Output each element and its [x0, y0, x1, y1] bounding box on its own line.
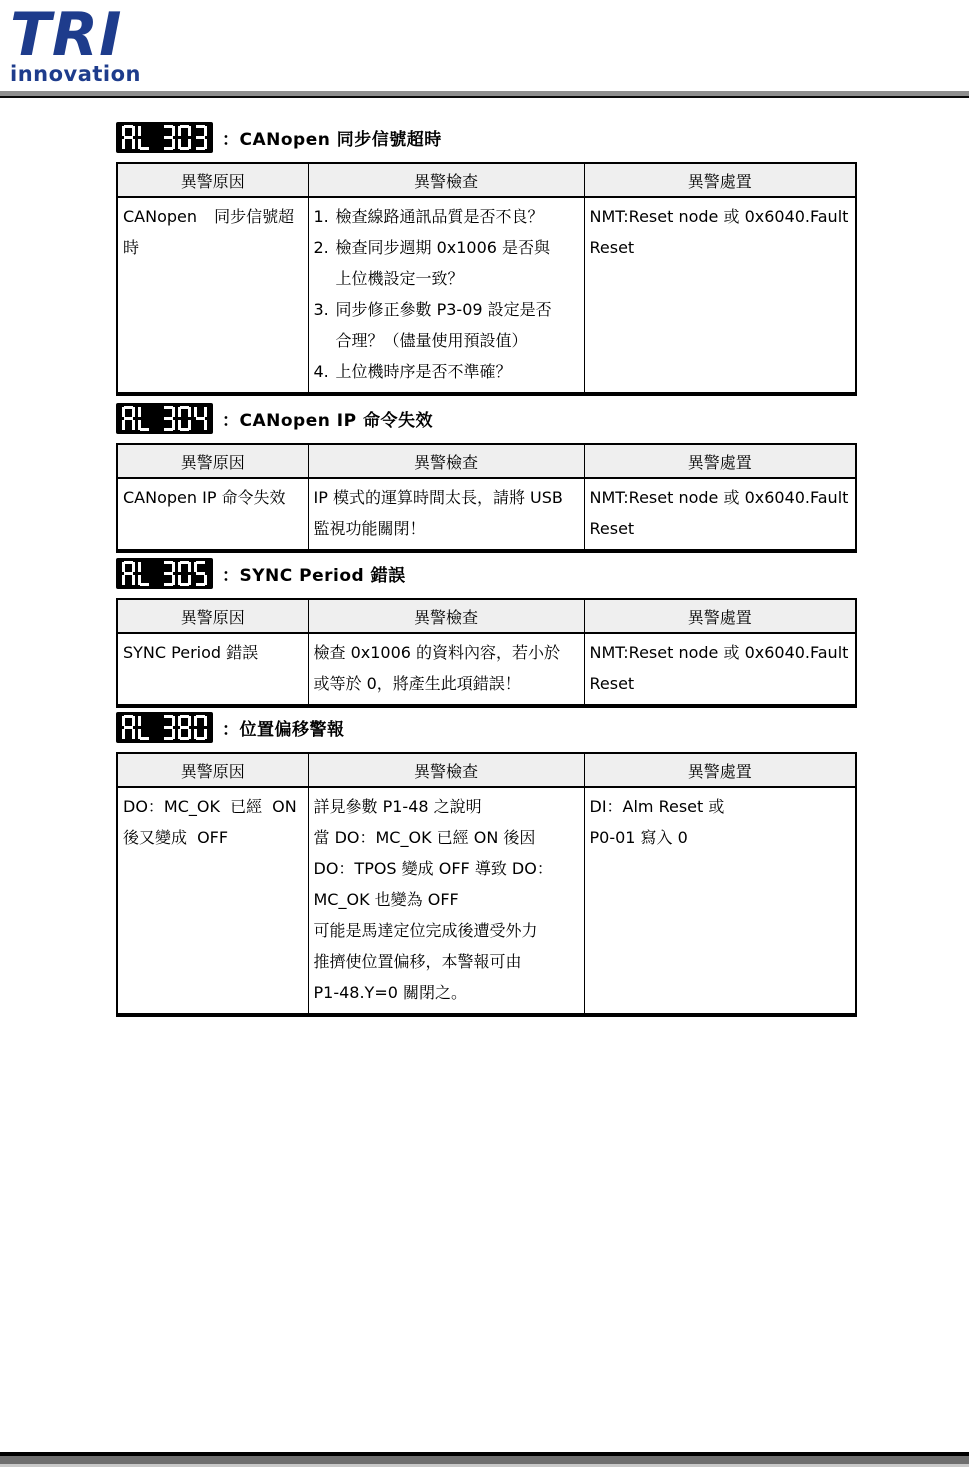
- table-header-row: 異警原因 異警檢查 異警處置: [117, 753, 856, 787]
- check-item-number: 1.: [314, 201, 336, 232]
- alarm-table-al303: 異警原因 異警檢查 異警處置 CANopen 同步信號超 時 1. 檢查線路通訊…: [116, 162, 857, 396]
- check-item: 2. 檢查同步週期 0x1006 是否與 上位機設定一致？: [314, 232, 579, 294]
- col-header-check: 異警檢查: [308, 599, 584, 633]
- action-cell: NMT:Reset node 或 0x6040.Fault Reset: [584, 633, 856, 706]
- col-header-check: 異警檢查: [308, 444, 584, 478]
- col-header-cause: 異警原因: [117, 444, 308, 478]
- header-divider: [0, 91, 969, 98]
- check-item: 4. 上位機時序是否不準確？: [314, 356, 579, 387]
- check-item-text: 檢查線路通訊品質是否不良？: [336, 201, 579, 232]
- alarm-title: ：SYNC Period 錯誤: [222, 561, 406, 586]
- alarm-section-al305: ：SYNC Period 錯誤 異警原因 異警檢查 異警處置 SYNC Peri…: [116, 558, 855, 708]
- table-header-row: 異警原因 異警檢查 異警處置: [117, 444, 856, 478]
- alarm-table-al305: 異警原因 異警檢查 異警處置 SYNC Period 錯誤 檢查 0x1006 …: [116, 598, 857, 708]
- check-item-text: 上位機時序是否不準確？: [336, 356, 579, 387]
- alarm-heading: ：CANopen IP 命令失效: [116, 403, 855, 434]
- col-header-action: 異警處置: [584, 444, 856, 478]
- cause-cell: SYNC Period 錯誤: [117, 633, 308, 706]
- alarm-heading: ：SYNC Period 錯誤: [116, 558, 855, 589]
- alarm-code-badge-al380: [116, 712, 213, 743]
- manual-page: TRI innovation ：CANopen 同步信號超時 異警原因 異警檢查…: [0, 0, 969, 1467]
- check-item-number: 3.: [314, 294, 336, 356]
- col-header-cause: 異警原因: [117, 753, 308, 787]
- action-cell: NMT:Reset node 或 0x6040.Fault Reset: [584, 478, 856, 551]
- table-row: SYNC Period 錯誤 檢查 0x1006 的資料內容，若小於 或等於 0…: [117, 633, 856, 706]
- table-header-row: 異警原因 異警檢查 異警處置: [117, 599, 856, 633]
- cause-cell: CANopen IP 命令失效: [117, 478, 308, 551]
- check-item-text: 同步修正參數 P3-09 設定是否 合理？（儘量使用預設值）: [336, 294, 579, 356]
- alarm-code-badge-al305: [116, 558, 213, 589]
- footer-divider-gray: [0, 1456, 969, 1464]
- check-item-number: 2.: [314, 232, 336, 294]
- alarm-table-al380: 異警原因 異警檢查 異警處置 DO：MC_OK 已經 ON 後又變成 OFF 詳…: [116, 752, 857, 1017]
- table-row: DO：MC_OK 已經 ON 後又變成 OFF 詳見參數 P1-48 之說明 當…: [117, 787, 856, 1015]
- check-item-text: 檢查同步週期 0x1006 是否與 上位機設定一致？: [336, 232, 579, 294]
- logo-tagline: innovation: [10, 62, 141, 86]
- alarm-section-al304: ：CANopen IP 命令失效 異警原因 異警檢查 異警處置 CANopen …: [116, 403, 855, 553]
- check-item: 3. 同步修正參數 P3-09 設定是否 合理？（儘量使用預設值）: [314, 294, 579, 356]
- alarm-heading: ：位置偏移警報: [116, 712, 855, 743]
- alarm-table-al304: 異警原因 異警檢查 異警處置 CANopen IP 命令失效 IP 模式的運算時…: [116, 443, 857, 553]
- col-header-cause: 異警原因: [117, 163, 308, 197]
- alarm-title: ：位置偏移警報: [222, 715, 345, 740]
- col-header-action: 異警處置: [584, 753, 856, 787]
- alarm-title: ：CANopen 同步信號超時: [222, 125, 442, 150]
- check-cell: IP 模式的運算時間太長，請將 USB 監視功能關閉！: [308, 478, 584, 551]
- action-cell: NMT:Reset node 或 0x6040.Fault Reset: [584, 197, 856, 394]
- action-cell: DI：Alm Reset 或 P0-01 寫入 0: [584, 787, 856, 1015]
- check-cell: 詳見參數 P1-48 之說明 當 DO：MC_OK 已經 ON 後因 DO：TP…: [308, 787, 584, 1015]
- col-header-check: 異警檢查: [308, 753, 584, 787]
- tri-logo: TRI innovation: [10, 2, 141, 86]
- col-header-cause: 異警原因: [117, 599, 308, 633]
- cause-cell: CANopen 同步信號超 時: [117, 197, 308, 394]
- check-cell: 1. 檢查線路通訊品質是否不良？ 2. 檢查同步週期 0x1006 是否與 上位…: [308, 197, 584, 394]
- table-row: CANopen 同步信號超 時 1. 檢查線路通訊品質是否不良？ 2. 檢查同步…: [117, 197, 856, 394]
- alarm-heading: ：CANopen 同步信號超時: [116, 122, 855, 153]
- cause-cell: DO：MC_OK 已經 ON 後又變成 OFF: [117, 787, 308, 1015]
- alarm-section-al380: ：位置偏移警報 異警原因 異警檢查 異警處置 DO：MC_OK 已經 ON 後又…: [116, 712, 855, 1017]
- col-header-check: 異警檢查: [308, 163, 584, 197]
- alarm-title: ：CANopen IP 命令失效: [222, 406, 433, 431]
- alarm-code-badge-al304: [116, 403, 213, 434]
- table-header-row: 異警原因 異警檢查 異警處置: [117, 163, 856, 197]
- table-row: CANopen IP 命令失效 IP 模式的運算時間太長，請將 USB 監視功能…: [117, 478, 856, 551]
- check-cell: 檢查 0x1006 的資料內容，若小於 或等於 0，將產生此項錯誤！: [308, 633, 584, 706]
- alarm-code-badge-al303: [116, 122, 213, 153]
- check-item: 1. 檢查線路通訊品質是否不良？: [314, 201, 579, 232]
- col-header-action: 異警處置: [584, 163, 856, 197]
- col-header-action: 異警處置: [584, 599, 856, 633]
- alarm-section-al303: ：CANopen 同步信號超時 異警原因 異警檢查 異警處置 CANopen 同…: [116, 122, 855, 396]
- check-item-number: 4.: [314, 356, 336, 387]
- logo-brand-text: TRI: [10, 2, 141, 68]
